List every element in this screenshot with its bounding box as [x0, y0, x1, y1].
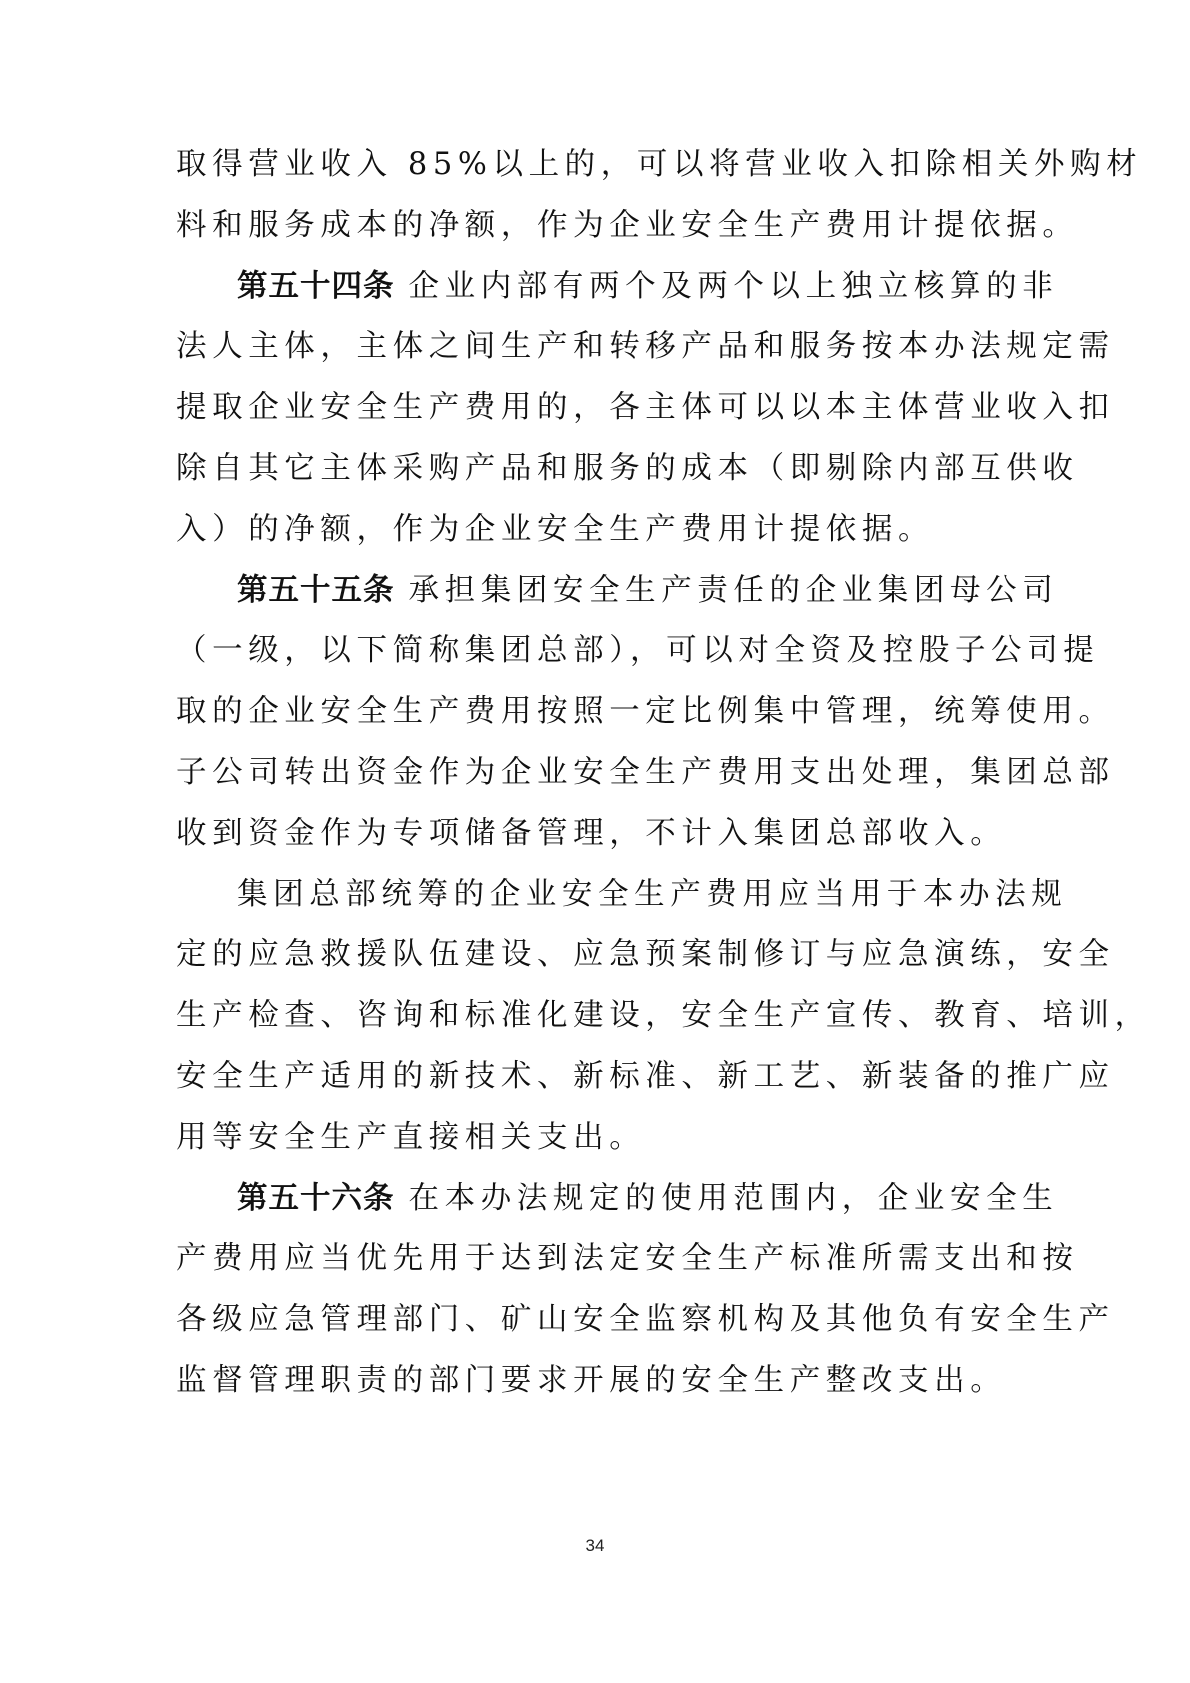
page-number: 34 — [0, 1536, 1190, 1556]
text-line: 除自其它主体采购产品和服务的成本（即剔除内部互供收 — [176, 447, 1016, 508]
text-line: 定的应急救援队伍建设、应急预案制修订与应急演练，安全 — [176, 933, 1016, 994]
document-body: 取得营业收入 85%以上的，可以将营业收入扣除相关外购材 料和服务成本的净额，作… — [176, 143, 1016, 1420]
text-line: 提取企业安全生产费用的，各主体可以以本主体营业收入扣 — [176, 386, 1016, 447]
text-span: 企业内部有两个及两个以上独立核算的非 — [409, 269, 1059, 304]
text-line: 取得营业收入 85%以上的，可以将营业收入扣除相关外购材 — [176, 143, 1016, 204]
text-line: 安全生产适用的新技术、新标准、新工艺、新装备的推广应 — [176, 1055, 1016, 1116]
text-span: 承担集团安全生产责任的企业集团母公司 — [409, 573, 1059, 608]
text-line: 各级应急管理部门、矿山安全监察机构及其他负有安全生产 — [176, 1298, 1016, 1359]
text-line: 法人主体，主体之间生产和转移产品和服务按本办法规定需 — [176, 325, 1016, 386]
text-line: 子公司转出资金作为企业安全生产费用支出处理，集团总部 — [176, 751, 1016, 812]
text-line: 用等安全生产直接相关支出。 — [176, 1116, 1016, 1177]
text-line: 生产检查、咨询和标准化建设，安全生产宣传、教育、培训， — [176, 994, 1016, 1055]
text-line: 监督管理职责的部门要求开展的安全生产整改支出。 — [176, 1359, 1016, 1420]
article-55-first-line: 第五十五条承担集团安全生产责任的企业集团母公司 — [176, 569, 1016, 630]
text-line: 取的企业安全生产费用按照一定比例集中管理，统筹使用。 — [176, 690, 1016, 751]
document-page: 取得营业收入 85%以上的，可以将营业收入扣除相关外购材 料和服务成本的净额，作… — [0, 0, 1190, 1683]
article-heading-55: 第五十五条 — [237, 573, 395, 608]
article-56-first-line: 第五十六条在本办法规定的使用范围内，企业安全生 — [176, 1177, 1016, 1238]
article-heading-56: 第五十六条 — [237, 1181, 395, 1216]
article-54-first-line: 第五十四条企业内部有两个及两个以上独立核算的非 — [176, 265, 1016, 326]
text-line: （一级，以下简称集团总部），可以对全资及控股子公司提 — [176, 629, 1016, 690]
text-span: 在本办法规定的使用范围内，企业安全生 — [409, 1181, 1059, 1216]
text-line: 入）的净额，作为企业安全生产费用计提依据。 — [176, 508, 1016, 569]
article-heading-54: 第五十四条 — [237, 269, 395, 304]
text-line: 收到资金作为专项储备管理，不计入集团总部收入。 — [176, 812, 1016, 873]
text-line: 料和服务成本的净额，作为企业安全生产费用计提依据。 — [176, 204, 1016, 265]
text-line: 产费用应当优先用于达到法定安全生产标准所需支出和按 — [176, 1237, 1016, 1298]
text-line: 集团总部统筹的企业安全生产费用应当用于本办法规 — [176, 873, 1016, 934]
